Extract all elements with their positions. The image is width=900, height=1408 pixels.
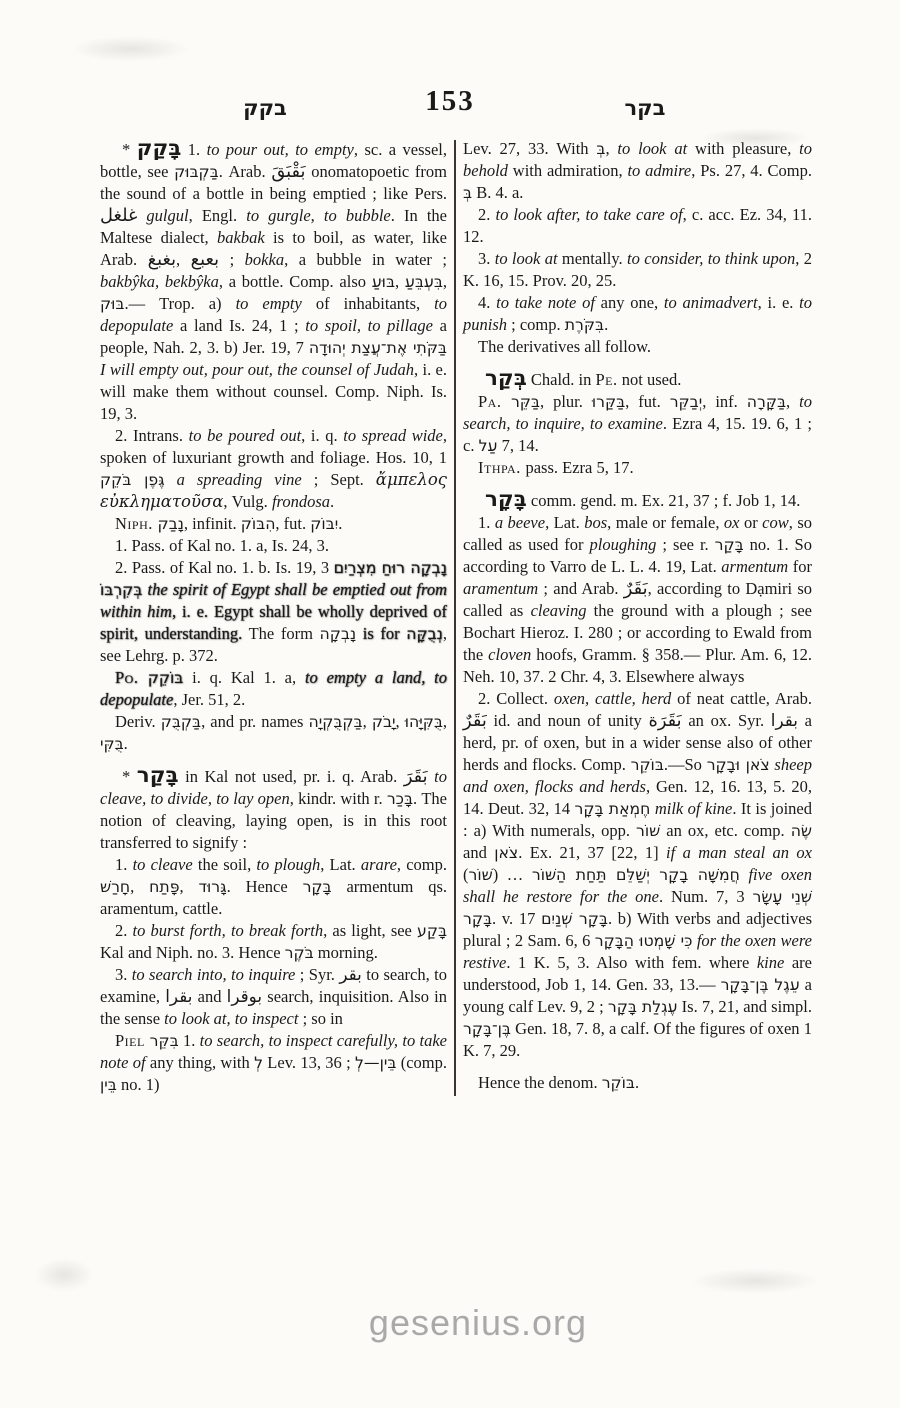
text-run: , kindr. with r. [290, 789, 387, 808]
text-run: , [443, 272, 447, 291]
text-run: any one, [595, 293, 664, 312]
niphal-sense-1: 1. Pass. of Kal no. 1. a, Is. 24, 3. [100, 535, 447, 557]
text-run: , comp. [397, 855, 447, 874]
text-run: 4. [478, 293, 496, 312]
noun-sense-1: 1. a beeve, Lat. bos, male or female, ox… [463, 512, 812, 688]
text-run: to plough [256, 855, 320, 874]
text-run: of inhabitants, [302, 294, 434, 313]
text-run: 1. Pass. of Kal no. 1. a, Is. 24, 3. [115, 536, 329, 555]
hebrew-text: בָּקָר שְׁנַיִם [541, 909, 608, 928]
hebrew-text: בָּקַר [715, 535, 744, 554]
watermark: gesenius.org [369, 1303, 587, 1343]
text-run [165, 470, 177, 489]
derivatives: Deriv. בַּקְבֻּק, and pr. names בַּקְבֻּ… [100, 711, 447, 755]
text-run: , inf. [702, 392, 747, 411]
text-run: to look at [495, 249, 558, 268]
hebrew-text: צֹאן [494, 843, 518, 862]
text-run: to take note of [496, 293, 595, 312]
text-run: a land Is. 24, 1 ; [173, 316, 305, 335]
text-run: 1. [115, 855, 133, 874]
text-run: ploughing [590, 535, 657, 554]
text-run: . [338, 514, 342, 533]
scan-artifact [690, 1268, 820, 1294]
syriac-text: بوقرا [227, 986, 262, 1006]
hebrew-text: בַּקְבֻּק [161, 712, 201, 731]
text-run: armentum [721, 557, 788, 576]
text-run: , as light, see [323, 921, 417, 940]
hebrew-text: בֻּקִּיָּהוּ [405, 712, 443, 731]
hebrew-text: יְבַקֵּר [670, 392, 703, 411]
text-run: to burst forth, to break forth [133, 921, 324, 940]
ithpael: Ithpa. pass. Ezra 5, 17. [463, 457, 812, 479]
text-run: of neat cattle, Arab. [671, 689, 812, 708]
text-run: Gen. 18, 7. 8, a calf. Of the figures of… [463, 1019, 812, 1060]
text-run: The derivatives all follow. [478, 337, 651, 356]
hebrew-text: נָבְקָה [320, 624, 357, 643]
text-run: 2. Pass. of Kal no. 1. b. Is. 19, 3 [115, 558, 334, 577]
text-run: ; [219, 250, 245, 269]
text-run: Lev. 27, 33. With [463, 139, 596, 158]
text-run: frondosa [272, 492, 330, 511]
text-run: , i. q. [301, 426, 343, 445]
text-run: bokka [245, 250, 284, 269]
text-run: Po. [115, 668, 148, 687]
text-run: . Ex. 21, 37 [22, 1] [518, 843, 666, 862]
hebrew-text: בַּקְבֻּקְיָה [309, 712, 363, 731]
text-run: id. and noun of unity [487, 711, 649, 730]
arabic-text: بَقْبَقَ [271, 161, 305, 182]
hebrew-text: בָּקַק [137, 136, 182, 161]
text-run: B. 4. a. [472, 183, 523, 202]
text-run: comm. gend. m. Ex. 21, 37 ; f. Job 1, 14… [527, 491, 801, 510]
text-run: 2. Intrans. [115, 426, 189, 445]
text-run: , Ps. 27, 4. Comp. [691, 161, 812, 180]
text-run: , Engl. [189, 206, 247, 225]
text-run: . Hence [227, 877, 303, 896]
text-run: 2. Collect. [478, 689, 554, 708]
text-run: .— Trop. a) [124, 294, 235, 313]
hebrew-text: בֵּין [100, 1075, 117, 1094]
text-run: ; Syr. [295, 965, 339, 984]
text-run: ) … [493, 865, 532, 884]
hebrew-text: עֶגְלַת בָּקָר [608, 997, 678, 1016]
text-run: to search into, to inquire [132, 965, 296, 984]
text-run: gulgul [146, 206, 188, 225]
hebrew-text: בָּכַר [387, 789, 413, 808]
text-run: , [176, 250, 191, 269]
hebrew-text: נָבַק [157, 514, 183, 533]
text-run: , [605, 139, 617, 158]
hebrew-text: בּוֹקֵק [148, 668, 184, 687]
text-run: , Lat. [320, 855, 361, 874]
hebrew-text: עֵגֶל בֶּן־בָּקָר [721, 975, 800, 994]
hebrew-text: בִּקֹּרֶת [565, 315, 604, 334]
hebrew-text: בּוּק [100, 294, 124, 313]
text-run: oxen, cattle, herd [554, 689, 671, 708]
text-run: with admiration, [508, 161, 628, 180]
hebrew-text: בַּקֹּתִי אֶת־עֲצַת יְהוּדָה [309, 338, 447, 357]
column-divider [454, 140, 456, 1096]
text-run: to spoil, to pillage [305, 316, 433, 335]
hebrew-text: שׁוֹר [636, 821, 660, 840]
hebrew-text: בַּקַּרוּ [592, 392, 625, 411]
text-run: an ox, etc. comp. [660, 821, 790, 840]
text-run: 1. [478, 513, 495, 532]
column-left: * בָּקַק 1. to pour out, to empty, sc. a… [100, 138, 447, 1096]
text-run: is for [356, 624, 406, 643]
text-run: Piel [115, 1031, 150, 1050]
hebrew-text: נְבֻקָּה [406, 624, 443, 643]
niphal-forms: Niph. נָבַק, infinit. הִבּוֹק, fut. יִבּ… [100, 513, 447, 535]
text-run: , a bottle. Comp. also [219, 272, 372, 291]
hebrew-text: בָּקָר [303, 877, 332, 896]
text-run: not used. [618, 370, 682, 389]
text-run: .—So [664, 755, 707, 774]
text-run: to consider, to think upon [627, 249, 795, 268]
hebrew-text: בֶּן־בָּקָר [463, 1019, 511, 1038]
text-run: , Vulg. [223, 492, 272, 511]
noun-sense-2: 2. Collect. oxen, cattle, herd of neat c… [463, 688, 812, 1062]
hebrew-text: בּוּעַ [372, 272, 395, 291]
hebrew-text: בְּ [463, 183, 472, 202]
hebrew-text: יָבֹק [372, 712, 396, 731]
text-run: . v. 17 [492, 909, 541, 928]
text-run: , fut. [275, 514, 310, 533]
text-run: Pa. [478, 392, 511, 411]
text-run: (comp. [396, 1053, 447, 1072]
text-run: . [635, 1073, 639, 1092]
arabic-text: بغبغ [148, 249, 176, 270]
text-run: to empty [236, 294, 302, 313]
text-run: . 1 K. 5, 3. Also with fem. where [506, 953, 756, 972]
text-run: and [192, 987, 226, 1006]
entry-baqar-noun: בָּקָר comm. gend. m. Ex. 21, 37 ; f. Jo… [463, 489, 812, 512]
text-run: mentally. [558, 249, 628, 268]
hebrew-text: יִבּוֹק [310, 514, 338, 533]
text-run: cow [762, 513, 789, 532]
text-run: bakbŷka, bekbŷka [100, 272, 219, 291]
text-run: , Jer. 51, 2. [173, 690, 245, 709]
text-run: an ox. Syr. [682, 711, 771, 730]
poel: Po. בּוֹקֵק i. q. Kal 1. a, to empty a l… [100, 667, 447, 711]
arabic-text: بَقَرٌ [624, 578, 648, 599]
sense-3-search: 3. to search into, to inquire ; Syr. بقر… [100, 964, 447, 1030]
arabic-text: غلغل [100, 205, 137, 226]
text-run: to gurgle, to bubble [246, 206, 391, 225]
text-run: no. 1) [117, 1075, 160, 1094]
text-run: Niph. [115, 514, 157, 533]
text-run: Deriv. [115, 712, 161, 731]
text-run: , fut. [625, 392, 670, 411]
text-run: . Num. 7, 3 [659, 887, 753, 906]
text-run: to look at, to inspect [164, 1009, 298, 1028]
text-run: . [330, 492, 334, 511]
text-run: , a bubble in water ; [284, 250, 447, 269]
hebrew-text: עַל [479, 436, 498, 455]
hebrew-text: בָּקַע [417, 921, 447, 940]
piel-sense-3: 3. to look at mentally. to consider, to … [463, 248, 812, 292]
hebrew-text: בַּקְבּוּק [174, 162, 219, 181]
text-run: , [130, 877, 149, 896]
text-body: * בָּקַק 1. to pour out, to empty, sc. a… [100, 138, 812, 1096]
text-run: . [604, 315, 608, 334]
text-run: ; Sept. [302, 470, 376, 489]
text-run: , and pr. names [201, 712, 308, 731]
text-run: Ithpa. [478, 458, 525, 477]
entry-baqar-verb: * בָּקַר in Kal not used, pr. i. q. Arab… [100, 765, 447, 854]
syriac-text: بقرا [165, 986, 192, 1006]
column-right: Lev. 27, 33. With בְּ, to look at with p… [463, 138, 812, 1096]
text-run: 1. [179, 1031, 200, 1050]
hebrew-text: בִּקֵּר [150, 1031, 179, 1050]
hebrew-text: בֵּין—לְ [355, 1053, 396, 1072]
text-run: ; so in [298, 1009, 342, 1028]
hence-denom: Hence the denom. בּוֹקֵר. [463, 1072, 812, 1094]
text-run: 2. [115, 921, 133, 940]
hebrew-text: חֶמְאַת בָּקָר [575, 799, 651, 818]
text-run: 3. [478, 249, 495, 268]
hebrew-text: גָּרוּד [198, 877, 226, 896]
piel-sense-4: 4. to take note of any one, to animadver… [463, 292, 812, 336]
hebrew-text: שֶׂה [791, 821, 812, 840]
hebrew-text: בָּקָר [485, 487, 527, 512]
text-run: i. q. Kal 1. a, [183, 668, 305, 687]
hebrew-text: בּוֹקֵר [631, 755, 664, 774]
text-run: , plur. [540, 392, 592, 411]
text-run: with pleasure, [687, 139, 799, 158]
sense-1-plough: 1. to cleave the soil, to plough, Lat. a… [100, 854, 447, 920]
piel-sense-2: 2. to look after, to take care of, c. ac… [463, 204, 812, 248]
hebrew-text: בְּקַר [485, 366, 527, 391]
text-run: to look at [617, 139, 687, 158]
text-run: or [740, 513, 763, 532]
hebrew-text: בָּקַר [137, 763, 179, 788]
text-run: in Kal not used, pr. i. q. Arab. [179, 767, 404, 786]
text-run: The form [242, 624, 319, 643]
hebrew-text: בַּקֵּר [511, 392, 540, 411]
scanned-lexicon-page: בקק 153 בקר * בָּקַק 1. to pour out, to … [0, 0, 900, 1408]
arabic-text: بَقَرَة [648, 710, 681, 731]
scan-artifact [70, 36, 190, 62]
text-run: Pe. [596, 370, 618, 389]
piel-continuation: Lev. 27, 33. With בְּ, to look at with p… [463, 138, 812, 204]
text-run: , [179, 877, 198, 896]
text-run: bakbak [217, 228, 265, 247]
text-run: a beeve [495, 513, 545, 532]
hebrew-text: כִּי שָׁמְטוּ הַבָּקָר [595, 931, 693, 950]
text-run: , [786, 392, 799, 411]
hebrew-text: שׁוֹר [469, 865, 493, 884]
text-run: ; comp. [507, 315, 565, 334]
text-run: 3. [115, 965, 132, 984]
text-run: to pour out, to empty [207, 140, 354, 159]
text-run: morning. [314, 943, 378, 962]
text-run: to look after, to take care of [495, 205, 682, 224]
text-run: to cleave [133, 855, 193, 874]
niphal-sense-2: 2. Pass. of Kal no. 1. b. Is. 19, 3 נָבְ… [100, 557, 447, 667]
text-run: , [396, 712, 405, 731]
hebrew-text: בִּעְבֵּעַ [405, 272, 443, 291]
text-run: Hence the denom. [478, 1073, 602, 1092]
text-run: cleaving [531, 601, 587, 620]
text-run: bos [584, 513, 607, 532]
text-run: , i. e. [758, 293, 800, 312]
piel: Piel בִּקֵּר 1. to search, to inspect ca… [100, 1030, 447, 1096]
text-run: * [122, 140, 137, 159]
hebrew-text: גֶּפֶן בֹּקֵק [100, 470, 165, 489]
text-run: ; see r. [656, 535, 714, 554]
text-run: , [363, 712, 372, 731]
text-run: , male or female, [607, 513, 724, 532]
text-run: aramentum [463, 579, 538, 598]
text-run: to animadvert [664, 293, 758, 312]
hebrew-text: בֹּקֶר [285, 943, 314, 962]
text-run: , Lat. [545, 513, 584, 532]
syriac-text: بقرا [771, 710, 798, 730]
hebrew-text: חָרַשׁ [100, 877, 130, 896]
hebrew-text: בַּקָּרָה [747, 392, 786, 411]
text-run: if a man steal an ox [666, 843, 812, 862]
text-run: to spread wide [343, 426, 443, 445]
text-run: . Arab. [219, 162, 272, 181]
text-run: . [124, 734, 128, 753]
entry-beqar-chald: בְּקַר Chald. in Pe. not used. [463, 368, 812, 391]
hebrew-text: לְ [254, 1053, 263, 1072]
text-run: a spreading vine [177, 470, 302, 489]
hebrew-text: חֲמִשָּׁה בָקָר יְשַׁלֵּם תַּחַת הַשּׁוֹ… [532, 865, 740, 884]
text-run: Chald. in [527, 370, 596, 389]
hebrew-text: בּוֹקֵר [602, 1073, 635, 1092]
text-run: 1. [181, 140, 206, 159]
text-run: , [395, 272, 405, 291]
text-run: , [443, 712, 447, 731]
text-run: the soil, [193, 855, 257, 874]
hebrew-text: צֹאן וּבָקָר [707, 755, 770, 774]
text-run: milk of kine [655, 799, 733, 818]
derivatives-note: The derivatives all follow. [463, 336, 812, 358]
sense-2-burst: 2. to burst forth, to break forth, as li… [100, 920, 447, 964]
text-run: I will empty out, pour out, the counsel … [100, 360, 414, 379]
text-run: Kal and Niph. no. 3. Hence [100, 943, 285, 962]
sense-2-intrans: 2. Intrans. to be poured out, i. q. to s… [100, 425, 447, 513]
text-run: ox [724, 513, 740, 532]
text-run: cloven [488, 645, 531, 664]
scan-artifact [34, 1258, 94, 1292]
text-run: 2. [478, 205, 495, 224]
text-run: to admire [627, 161, 691, 180]
arabic-text: بعبع [191, 249, 219, 270]
syriac-text: بقر [339, 964, 361, 984]
text-run: Is. 7, 21, and simpl. [678, 997, 812, 1016]
arabic-text: بَقَرٌ [463, 710, 487, 731]
text-run: to be poured out [189, 426, 302, 445]
header-keyword-right: בקר [480, 96, 810, 120]
text-run: 7, 14. [497, 436, 538, 455]
text-run: and [463, 843, 494, 862]
text-run: for [788, 557, 812, 576]
hebrew-text: פָּתַח [149, 877, 179, 896]
text-run: arare [361, 855, 397, 874]
text-run: ; and Arab. [538, 579, 624, 598]
text-run: * [122, 767, 137, 786]
arabic-text: بَقَرَ [404, 766, 428, 787]
entry-baqaq-kal: * בָּקַק 1. to pour out, to empty, sc. a… [100, 138, 447, 425]
hebrew-text: הִבּוֹק [241, 514, 276, 533]
text-run: , infinit. [184, 514, 241, 533]
text-run: Lev. 13, 36 ; [263, 1053, 355, 1072]
text-run: kine [757, 953, 784, 972]
text-run: any thing, with [146, 1053, 255, 1072]
text-run: pass. Ezra 5, 17. [525, 458, 633, 477]
pael: Pa. בַּקֵּר, plur. בַּקַּרוּ, fut. יְבַק… [463, 391, 812, 457]
hebrew-text: בֻּקִּי [100, 734, 124, 753]
